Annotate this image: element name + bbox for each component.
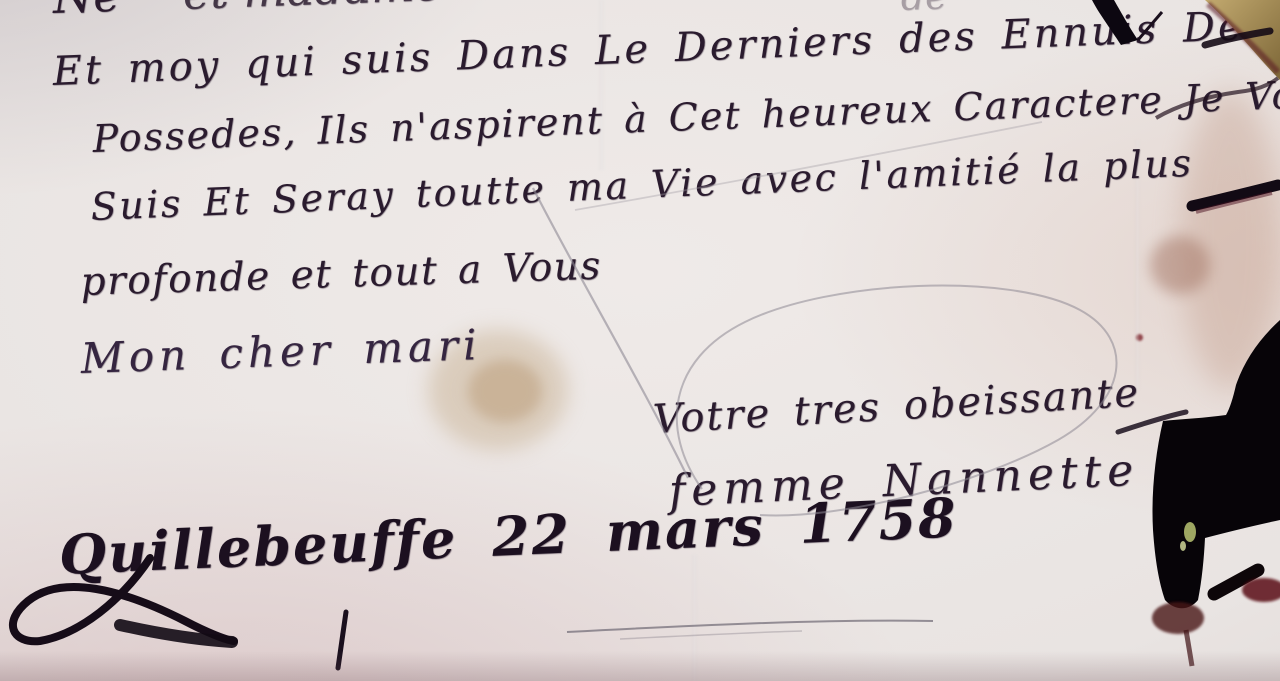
letter-photograph: Ne et madame de Et moy qui suis Dans Le … [0, 0, 1280, 681]
salutation-line: Mon cher mari [80, 324, 482, 380]
handwritten-line: Suis Et Seray toutte ma Vie avec l'amiti… [90, 144, 1194, 226]
handwritten-line-fragment: Ne [52, 0, 121, 20]
blot-red-tip [1152, 602, 1204, 634]
handwritten-line: profonde et tout a Vous [80, 247, 602, 302]
water-stain-core [468, 360, 542, 422]
signature-line: Votre tres obeissante [652, 373, 1141, 440]
green-fleck-small [1180, 541, 1186, 551]
paper-crease [600, 0, 603, 170]
date-underline-faint [620, 631, 802, 639]
red-blot [1242, 578, 1280, 602]
dateline: Quillebeuffe 22 mars 1758 [58, 490, 959, 582]
handwritten-line-fragment: de [900, 0, 948, 16]
brown-smudge [1150, 236, 1210, 294]
handwritten-line-fragment: et madame [182, 0, 443, 16]
ink-flourish-swash-thick [120, 625, 232, 642]
green-fleck [1184, 522, 1196, 542]
ink-dash-below-blot [1214, 570, 1258, 594]
date-underline [567, 621, 933, 632]
bottom-edge-shadow [0, 651, 1280, 681]
